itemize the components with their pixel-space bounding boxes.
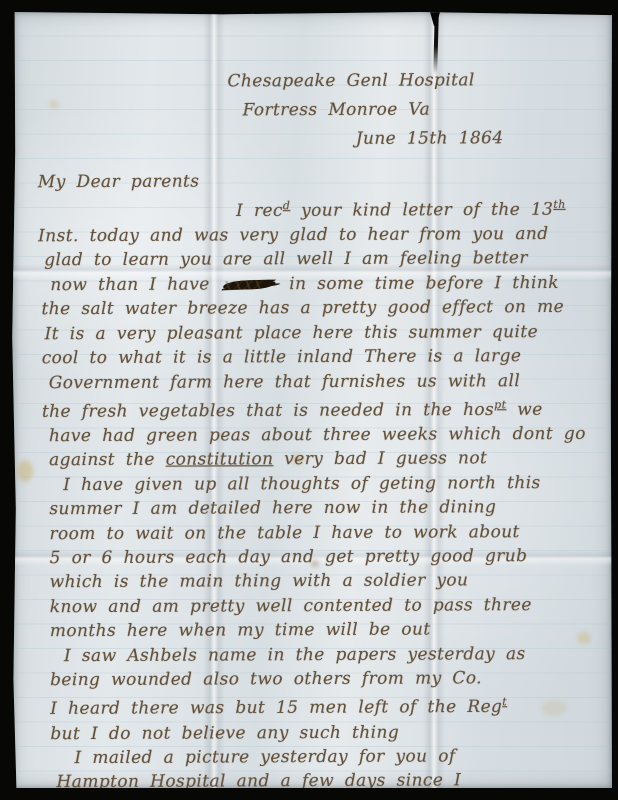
letter-line: glad to learn you are all well I am feel… xyxy=(44,246,601,273)
letter-line: now than I have xxxx in some time before… xyxy=(50,271,601,298)
letter-line: Government farm here that furnishes us w… xyxy=(49,368,602,395)
letter-line: I heard there was but 15 men left of the… xyxy=(50,690,603,721)
letter-line: I recd your kind letter of the 13th xyxy=(236,193,601,224)
heading-location-line: Fortress Monroe Va xyxy=(243,95,601,126)
letter-text-segment: It is a very pleasant place here this su… xyxy=(45,322,539,344)
letter-text-segment: I have given up all thoughts of geting n… xyxy=(63,473,541,495)
letter-text-segment: I rec xyxy=(236,201,283,221)
letter-line: I mailed a picture yesterday for you of xyxy=(74,744,603,771)
letter-line: I have given up all thoughts of geting n… xyxy=(63,471,602,498)
letter-line: against the constitution very bad I gues… xyxy=(49,446,602,473)
letter-line: the fresh vegetables that is needed in t… xyxy=(42,393,602,425)
letter-text-segment: the salt water breeze has a pretty good … xyxy=(41,297,564,319)
heading-hospital-line: Chesapeake Genl Hospital xyxy=(227,66,600,97)
letter-line: Hampton Hospital and a few days since I xyxy=(56,768,603,795)
letter-text-segment: 5 or 6 hours each day and get pretty goo… xyxy=(50,546,528,568)
letter-text-segment: know and am pretty well contented to pas… xyxy=(50,595,532,617)
letter-text-segment: the fresh vegetables that is needed in t… xyxy=(42,400,494,422)
letter-text-segment: against the xyxy=(49,450,166,471)
letter-line: summer I am detailed here now in the din… xyxy=(49,495,602,522)
letter-line: It is a very pleasant place here this su… xyxy=(45,319,602,346)
letter-line: months here when my time will be out xyxy=(50,617,603,644)
letter-text-segment: Hampton Hospital and a few days since I xyxy=(56,771,461,793)
letter-text-segment: being wounded also two others from my Co… xyxy=(50,668,482,690)
letter-line: which is the main thing with a soldier y… xyxy=(50,568,603,595)
letter-text-segment: Government farm here that furnishes us w… xyxy=(49,371,521,393)
letter-text-segment: now than I have xyxy=(50,274,220,295)
letter-line: room to wait on the table I have to work… xyxy=(49,519,602,546)
letter-text-segment: summer I am detailed here now in the din… xyxy=(49,497,496,519)
letter-line: cool to what it is a little inland There… xyxy=(42,344,602,371)
letter-text-segment: room to wait on the table I have to work… xyxy=(49,522,519,544)
letter-text-segment: cool to what it is a little inland There… xyxy=(42,346,522,368)
letter-line: know and am pretty well contented to pas… xyxy=(50,593,603,620)
letter-text-segment: but I do not believe any such thing xyxy=(50,722,399,744)
letter-line: but I do not believe any such thing xyxy=(50,719,603,746)
letter-text-segment: glad to learn you are all well I am feel… xyxy=(44,249,528,271)
letter-page: Chesapeake Genl Hospital Fortress Monroe… xyxy=(11,12,612,788)
letter-line: have had green peas about three weeks wh… xyxy=(49,422,602,449)
letter-text-segment: constitution xyxy=(166,450,274,470)
letter-line: the salt water breeze has a pretty good … xyxy=(41,295,601,322)
letter-body: I recd your kind letter of the 13thInst.… xyxy=(38,193,604,795)
letter-text-segment: in some time before I think xyxy=(278,273,559,294)
letter-text-segment: your kind letter of the 13 xyxy=(290,200,553,221)
letter-line: being wounded also two others from my Co… xyxy=(50,666,603,693)
letter-text-segment: I saw Ashbels name in the papers yesterd… xyxy=(64,644,526,666)
letter-text-segment: pt xyxy=(494,398,506,411)
letter-line: I saw Ashbels name in the papers yesterd… xyxy=(64,641,603,668)
letter-text-segment: which is the main thing with a soldier y… xyxy=(50,571,469,593)
letter-text-segment: I mailed a picture yesterday for you of xyxy=(74,746,455,768)
letter-text-segment: have had green peas about three weeks wh… xyxy=(49,424,586,446)
letter-text-segment: th xyxy=(553,198,565,211)
scanned-letter-background: Chesapeake Genl Hospital Fortress Monroe… xyxy=(0,0,618,800)
letter-text-segment: Inst. today and was very glad to hear fr… xyxy=(38,224,548,246)
letter-text-segment: months here when my time will be out xyxy=(50,620,431,642)
salutation: My Dear parents xyxy=(38,168,601,195)
letter-heading: Chesapeake Genl Hospital Fortress Monroe… xyxy=(37,66,600,155)
letter-line: Inst. today and was very glad to hear fr… xyxy=(38,222,601,249)
heading-date-line: June 15th 1864 xyxy=(356,124,601,154)
handwritten-text: Chesapeake Genl Hospital Fortress Monroe… xyxy=(37,66,603,795)
stain-mark xyxy=(17,460,33,482)
letter-text-segment: I heard there was but 15 men left of the… xyxy=(50,697,502,719)
scribbled-out-word: xxxx xyxy=(223,279,277,290)
letter-text-segment: very bad I guess not xyxy=(273,449,487,470)
letter-line: 5 or 6 hours each day and get pretty goo… xyxy=(50,544,603,571)
letter-text-segment: t xyxy=(502,696,507,709)
letter-text-segment: we xyxy=(506,400,542,420)
